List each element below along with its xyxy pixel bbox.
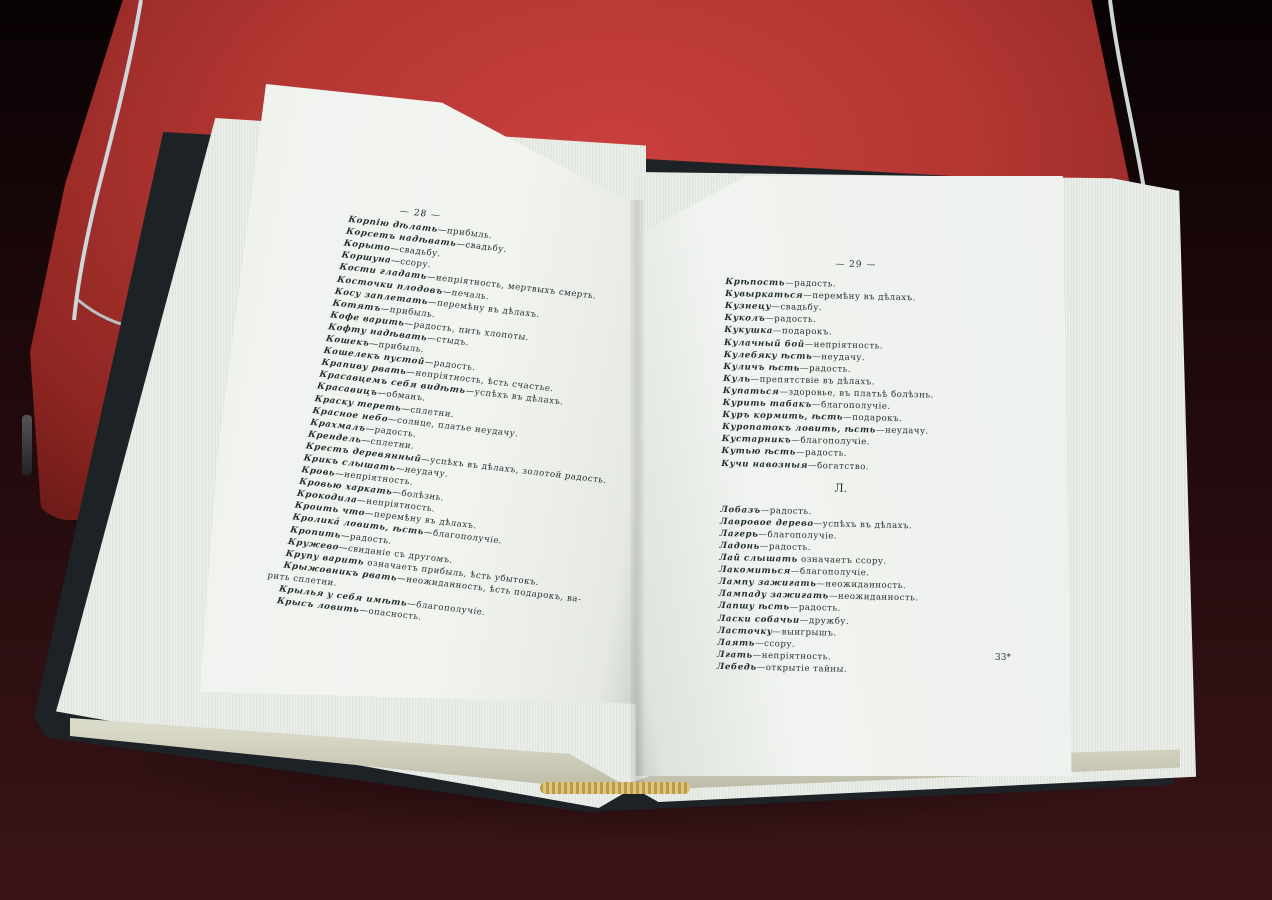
right-page-text: — 29 — Крѣпость—радость. Кувыркаться—пер… [717, 256, 966, 678]
section-letter-heading: Л. [721, 480, 961, 498]
printer-signature-mark: 33* [995, 653, 1011, 663]
photo-scene: — 28 — Корпію дѣлать—прибыль. Корсетъ на… [0, 0, 1272, 900]
gold-headband [540, 782, 690, 794]
page-number: — 29 — [786, 257, 926, 272]
tassel-left [22, 415, 32, 475]
